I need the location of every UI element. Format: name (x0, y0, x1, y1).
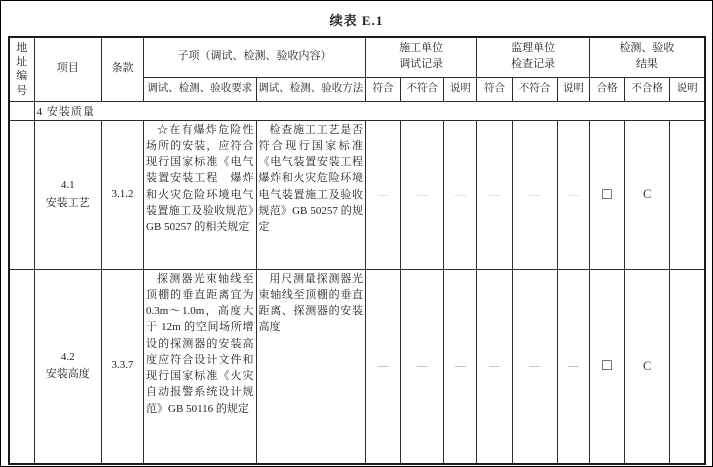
col-header-construction-note: 说明 (444, 77, 477, 101)
item-number: 4.2 (37, 349, 99, 367)
cell-supervision-conform: — (477, 120, 512, 269)
cell-supervision-nonconform: — (512, 269, 557, 464)
cell-clause: 3.3.7 (101, 269, 143, 464)
cell-supervision-nonconform: — (512, 120, 557, 269)
item-name: 安装高度 (37, 366, 99, 384)
col-header-construction-nonconform: 不符合 (401, 77, 444, 101)
col-group-construction: 施工单位 调试记录 (365, 37, 476, 77)
col-header-requirement: 调试、检测、验收要求 (144, 77, 256, 101)
col-group-supervision: 监理单位 检查记录 (477, 37, 589, 77)
cell-result-fail: C (625, 120, 670, 269)
item-number: 4.1 (37, 177, 99, 195)
cell-address (9, 269, 34, 464)
cell-item: 4.1 安装工艺 (34, 120, 101, 269)
cell-method: 检查施工工艺是否符合现行国家标准《电气装置安装工程 爆炸和火灾危险环境电气装置施… (256, 120, 365, 269)
cell-result-note (670, 269, 705, 464)
cell-clause: 3.1.2 (101, 120, 143, 269)
cell-result-note (670, 120, 705, 269)
col-header-method: 调试、检测、验收方法 (256, 77, 365, 101)
col-header-construction-conform: 符合 (365, 77, 400, 101)
cell-construction-nonconform: — (401, 269, 444, 464)
cell-result-fail: C (625, 269, 670, 464)
col-header-address: 地址编号 (9, 37, 34, 101)
cell-result-pass: □ (589, 120, 624, 269)
item-name: 安装工艺 (37, 195, 99, 213)
col-group-subitem: 子项（调试、检测、验收内容） (144, 37, 366, 77)
section-address-cell (9, 101, 34, 120)
col-header-result-pass: 合格 (589, 77, 624, 101)
cell-method: 用尺测量探测器光束轴线至顶棚的垂直距离、探测器的安装高度 (256, 269, 365, 464)
section-row: 4 安装质量 (9, 101, 705, 120)
cell-address (9, 120, 34, 269)
cell-construction-nonconform: — (401, 120, 444, 269)
col-header-supervision-note: 说明 (557, 77, 589, 101)
fail-mark: C (643, 359, 651, 373)
fail-mark: C (643, 187, 651, 201)
page-title: 续表 E.1 (1, 10, 712, 29)
col-header-item: 项目 (34, 37, 101, 101)
cell-requirement: ☆在有爆炸危险性场所的安装，应符合现行国家标准《电气装置安装工程 爆炸和火灾危险… (144, 120, 256, 269)
inspection-table: 地址编号 项目 条款 子项（调试、检测、验收内容） 施工单位 调试记录 监理单位… (8, 36, 706, 465)
cell-supervision-note: — (557, 269, 589, 464)
col-header-supervision-nonconform: 不符合 (512, 77, 557, 101)
table-row: 4.2 安装高度 3.3.7 探测器光束轴线至顶棚的垂直距离宜为 0.3m～1.… (9, 269, 705, 464)
cell-construction-note: — (444, 120, 477, 269)
col-group-result: 检测、验收 结果 (589, 37, 705, 77)
scanned-page: 续表 E.1 地址编号 项目 条款 子项（调试、检测、验收内容） 施工单位 调试… (0, 0, 713, 467)
section-title: 4 安装质量 (34, 101, 705, 120)
cell-supervision-conform: — (477, 269, 512, 464)
cell-construction-conform: — (365, 269, 400, 464)
cell-item: 4.2 安装高度 (34, 269, 101, 464)
col-header-supervision-conform: 符合 (477, 77, 512, 101)
col-header-result-note: 说明 (670, 77, 705, 101)
pass-checkbox: □ (602, 186, 612, 203)
col-header-result-fail: 不合格 (625, 77, 670, 101)
cell-construction-note: — (444, 269, 477, 464)
header-group-row: 地址编号 项目 条款 子项（调试、检测、验收内容） 施工单位 调试记录 监理单位… (9, 37, 705, 77)
cell-requirement: 探测器光束轴线至顶棚的垂直距离宜为 0.3m～1.0m，高度大于 12m 的空间… (144, 269, 256, 464)
col-header-clause: 条款 (101, 37, 143, 101)
cell-construction-conform: — (365, 120, 400, 269)
col-header-address-label: 地址编号 (16, 41, 28, 98)
table-row: 4.1 安装工艺 3.1.2 ☆在有爆炸危险性场所的安装，应符合现行国家标准《电… (9, 120, 705, 269)
cell-result-pass: □ (589, 269, 624, 464)
pass-checkbox: □ (602, 357, 612, 374)
cell-supervision-note: — (557, 120, 589, 269)
